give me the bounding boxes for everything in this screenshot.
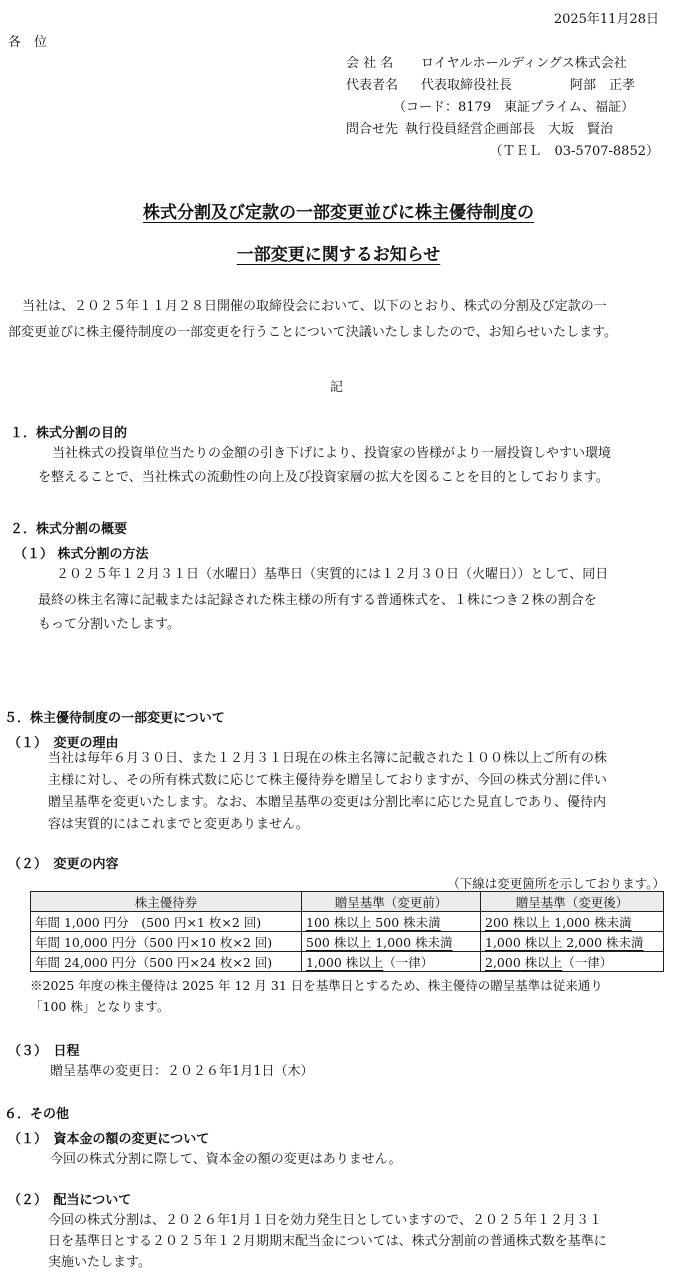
section6-sub2-line1: 今回の株式分割は、２０２６年1月１日を効力発生日としていますので、２０２５年１２… xyxy=(48,1209,602,1228)
changed-value: 200 株以上 1,000 株未満 xyxy=(485,915,632,930)
ki-mark: 記 xyxy=(330,376,343,395)
table-row: 年間 10,000 円分（500 円×10 枚×2 回) 500 株以上 1,0… xyxy=(31,932,664,952)
section5-sub2-heading: （２） 変更の内容 xyxy=(8,853,119,872)
after-cell: 1,000 株以上 2,000 株未満 xyxy=(481,932,664,952)
voucher-cell: 年間 24,000 円分（500 円×24 枚×2 回) xyxy=(31,952,302,972)
before-cell: 1,000 株以上（一律） xyxy=(302,952,481,972)
section1-line2: を整えることで、当社株式の流動性の向上及び投資家層の拡大を図ることを目的としてお… xyxy=(38,465,609,491)
contact-person: 執行役員経営企画部長 大坂 賢治 xyxy=(405,118,613,137)
after-cell: 2,000 株以上（一律） xyxy=(481,952,664,972)
col-header-after: 贈呈基準（変更後） xyxy=(481,892,664,912)
company-label: 会 社 名 xyxy=(346,52,393,71)
section5-sub1-line4: 容は実質的にはこれまでと変更ありません。 xyxy=(48,814,309,836)
section1-heading: １．株式分割の目的 xyxy=(10,422,127,441)
changed-value: 100 株以上 500 株未満 xyxy=(306,915,441,930)
section6-heading: ６．その他 xyxy=(4,1103,69,1122)
section6-sub2-line2: 日を基準日とする２０２５年１２月期期末配当金については、株式分割前の普通株式数を… xyxy=(48,1230,607,1249)
changed-value: 2,000 株以上 xyxy=(485,955,562,970)
intro-line2: 部変更並びに株主優待制度の一部変更を行うことについて決議いたしましたので、お知ら… xyxy=(8,320,617,346)
document-date: 2025年11月28日 xyxy=(554,8,659,27)
section6-sub2-line3: 実施いたします。 xyxy=(48,1251,151,1270)
document-title-line1: 株式分割及び定款の一部変更並びに株主優待制度の xyxy=(0,198,677,223)
value-suffix: （一律） xyxy=(562,955,612,970)
representative-name: 阿部 正孝 xyxy=(570,74,635,93)
table-note: （下線は変更箇所を示しております。） xyxy=(447,874,665,892)
section5-sub1-line1: 当社は毎年６月３０日、また１２月３１日現在の株主名簿に記載された１００株以上ご所… xyxy=(48,748,607,770)
before-cell: 100 株以上 500 株未満 xyxy=(302,912,481,932)
section5-sub1-line2: 主様に対し、その所有株式数に応じて株主優待券を贈呈しておりますが、今回の株式分割… xyxy=(48,770,607,792)
table-footnote-line1: ※2025 年度の株主優待は 2025 年 12 月 31 日を基準日とするため… xyxy=(30,976,603,994)
table-row: 年間 1,000 円分 (500 円×1 枚×2 回) 100 株以上 500 … xyxy=(31,912,664,932)
document-title-line2: 一部変更に関するお知らせ xyxy=(0,240,677,265)
section6-sub1-heading: （１） 資本金の額の変更について xyxy=(8,1128,209,1147)
col-header-voucher: 株主優待券 xyxy=(31,892,302,912)
section6-sub1-line: 今回の株式分割に際して、資本金の額の変更はありません。 xyxy=(50,1148,402,1167)
changed-value: 1,000 株以上 xyxy=(306,955,383,970)
intro-line1: 当社は、２０２５年１１月２８日開催の取締役会において、以下のとおり、株式の分割及… xyxy=(22,294,607,320)
contact-label: 問合せ先 xyxy=(346,118,398,137)
section2-sub1-heading: （１） 株式分割の方法 xyxy=(14,543,149,562)
before-cell: 500 株以上 1,000 株未満 xyxy=(302,932,481,952)
representative-label: 代表者名 xyxy=(346,74,398,93)
benefit-criteria-table: 株主優待券 贈呈基準（変更前） 贈呈基準（変更後） 年間 1,000 円分 (5… xyxy=(30,891,664,972)
section2-line3: もって分割いたします。 xyxy=(38,612,180,638)
section2-line1: ２０２５年１２月３１日（水曜日）基準日（実質的には１２月３０日（火曜日））として… xyxy=(56,562,608,588)
contact-tel: （ＴＥＬ 03-5707-8852） xyxy=(490,140,660,159)
table-row: 年間 24,000 円分（500 円×24 枚×2 回) 1,000 株以上（一… xyxy=(31,952,664,972)
voucher-cell: 年間 1,000 円分 (500 円×1 枚×2 回) xyxy=(31,912,302,932)
schedule-line: 贈呈基準の変更日：２０２６年1月1日（木） xyxy=(50,1060,314,1079)
section5-sub3-heading: （３） 日程 xyxy=(8,1040,80,1059)
value-suffix: （一律） xyxy=(383,955,433,970)
section6-sub2-heading: （２） 配当について xyxy=(8,1189,131,1208)
after-cell: 200 株以上 1,000 株未満 xyxy=(481,912,664,932)
changed-value: 500 株以上 1,000 株未満 xyxy=(306,935,453,950)
col-header-before: 贈呈基準（変更前） xyxy=(302,892,481,912)
table-footnote-line2: 「100 株」となります。 xyxy=(30,997,169,1015)
stock-code: （コード：8179 東証プライム、福証） xyxy=(393,96,634,115)
section5-sub1-line3: 贈呈基準を変更いたします。なお、本贈呈基準の変更は分割比率に応じた見直しであり、… xyxy=(48,792,606,814)
section1-line1: 当社株式の投資単位当たりの金額の引き下げにより、投資家の皆様がより一層投資しやす… xyxy=(52,441,611,467)
table-header-row: 株主優待券 贈呈基準（変更前） 贈呈基準（変更後） xyxy=(31,892,664,912)
addressee: 各 位 xyxy=(8,31,47,50)
section2-heading: ２．株式分割の概要 xyxy=(10,518,127,537)
company-name: ロイヤルホールディングス株式会社 xyxy=(421,52,627,71)
voucher-cell: 年間 10,000 円分（500 円×10 枚×2 回) xyxy=(31,932,302,952)
section5-heading: ５．株主優待制度の一部変更について xyxy=(4,707,225,726)
changed-value: 1,000 株以上 2,000 株未満 xyxy=(485,935,644,950)
section2-line2: 最終の株主名簿に記載または記録された株主様の所有する普通株式を、１株につき２株の… xyxy=(38,588,597,614)
representative-title: 代表取締役社長 xyxy=(421,74,512,93)
